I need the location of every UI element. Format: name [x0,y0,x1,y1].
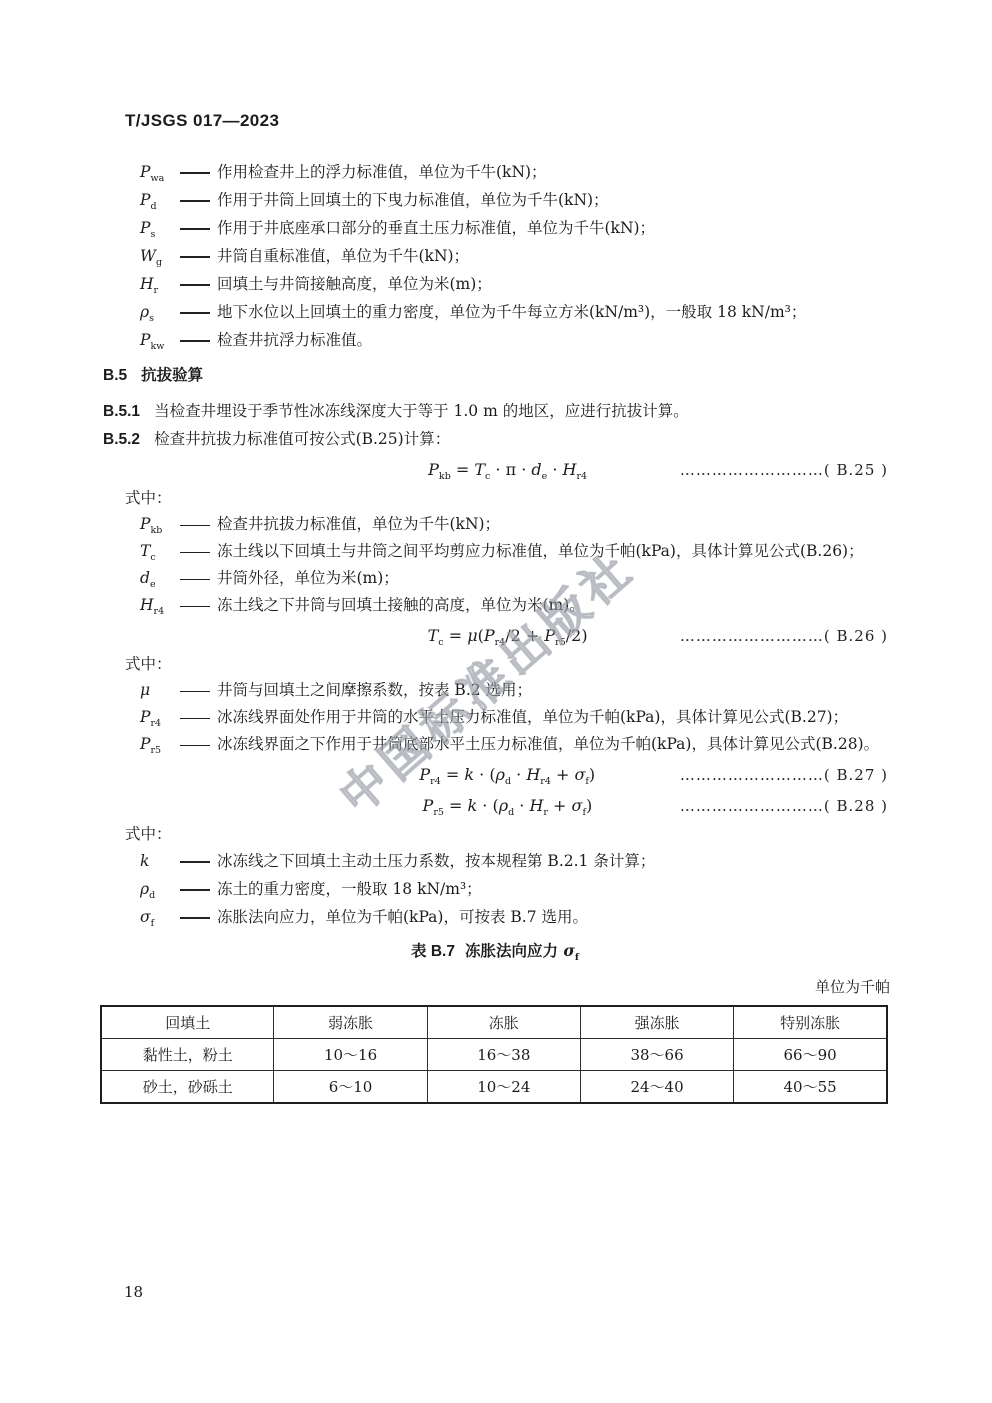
clause-b52: B.5.2检查井抗拔力标准值可按公式(B.25)计算： [103,426,890,454]
leader-dots: ……………………… [680,461,824,479]
definition-dash [180,889,210,891]
symbol-H-r: Hr [140,270,180,298]
definition-dash [180,312,210,314]
cell: 24～40 [580,1071,733,1104]
definition-dash [180,861,210,863]
definition-dash [180,340,210,342]
definition-list-b27-b28: k 冰冻线之下回填土主动土压力系数，按本规程第 B.2.1 条计算； ρd 冻土… [140,847,890,931]
definition-text: 回填土与井筒接触高度，单位为米(m)； [217,270,890,298]
formula-equation: Tc = μ(Pr4/2 + Pr5/2) [428,622,588,650]
formula-equation: Pkb = Tc · π · de · Hr4 [428,456,587,484]
definition-dash [180,284,210,286]
table-header-row: 回填土 弱冻胀 冻胀 强冻胀 特别冻胀 [101,1006,887,1039]
definition-dash [180,691,210,693]
symbol-sigma-f: σf [140,903,180,931]
cell: 黏性土，粉土 [101,1039,274,1071]
definition-text: 冰冻线之下回填土主动土压力系数，按本规程第 B.2.1 条计算； [217,847,890,875]
definition-text: 冰冻线界面之下作用于井筒底部水平土压力标准值，单位为千帕(kPa)，具体计算见公… [217,731,890,758]
table-title-symbol: σf [563,941,579,960]
definition-rho-s: ρs 地下水位以上回填土的重力密度，单位为千牛每立方米(kN/m³)，一般取 1… [140,298,890,326]
definition-text: 作用检查井上的浮力标准值，单位为千牛(kN)； [217,158,890,186]
col-header: 冻胀 [427,1006,580,1039]
table-b7: 回填土 弱冻胀 冻胀 强冻胀 特别冻胀 黏性土，粉土 10～16 16～38 3… [100,1005,888,1104]
symbol-P-kb: Pkb [140,511,180,538]
definition-text: 地下水位以上回填土的重力密度，单位为千牛每立方米(kN/m³)，一般取 18 k… [217,298,890,326]
definition-text: 检查井抗拔力标准值，单位为千牛(kN)； [217,511,890,538]
formula-b28: Pr5 = k · (ρd · Hr + σf) ………………………( B.28… [100,792,890,820]
where-label: 式中： [125,485,890,511]
definition-text: 井筒与回填土之间摩擦系数，按表 B.2 选用； [217,677,890,704]
formula-reference: ………………………( B.26 ) [680,622,888,650]
section-number: B.5 [103,367,127,384]
table-row: 黏性土，粉土 10～16 16～38 38～66 66～90 [101,1039,887,1071]
definition-dash [180,200,210,202]
table-number: 表 B.7 [411,943,455,960]
symbol-rho-d: ρd [140,875,180,903]
formula-b25: Pkb = Tc · π · de · Hr4 ………………………( B.25 … [100,456,890,484]
standard-number-header: T/JSGS 017—2023 [125,111,279,131]
definition-P-s: Ps 作用于井底座承口部分的垂直土压力标准值，单位为千牛(kN)； [140,214,890,242]
table-title: 冻胀法向应力 [465,941,558,960]
document-page: T/JSGS 017—2023 Pwa 作用检查井上的浮力标准值，单位为千牛(k… [0,0,992,1403]
section-heading-b5: B.5抗拔验算 [103,363,890,388]
definition-sigma-f: σf 冻胀法向应力，单位为千帕(kPa)，可按表 B.7 选用。 [140,903,890,931]
definition-P-kw: Pkw 检查井抗浮力标准值。 [140,326,890,354]
col-header: 回填土 [101,1006,274,1039]
cell: 38～66 [580,1039,733,1071]
cell: 16～38 [427,1039,580,1071]
definition-P-d: Pd 作用于井筒上回填土的下曳力标准值，单位为千牛(kN)； [140,186,890,214]
definition-P-r5: Pr5 冰冻线界面之下作用于井筒底部水平土压力标准值，单位为千帕(kPa)，具体… [140,731,890,758]
definition-list-b26: μ 井筒与回填土之间摩擦系数，按表 B.2 选用； Pr4 冰冻线界面处作用于井… [140,677,890,758]
clause-text: 检查井抗拔力标准值可按公式(B.25)计算： [154,430,450,448]
definition-text: 作用于井底座承口部分的垂直土压力标准值，单位为千牛(kN)； [217,214,890,242]
definition-text: 冻土线以下回填土与井筒之间平均剪应力标准值，单位为千帕(kPa)，具体计算见公式… [217,538,890,565]
definition-text: 冰冻线界面处作用于井筒的水平土压力标准值，单位为千帕(kPa)，具体计算见公式(… [217,704,890,731]
definition-d-e: de 井筒外径，单位为米(m)； [140,565,890,592]
formula-reference: ………………………( B.28 ) [680,792,888,820]
symbol-mu: μ [140,677,180,704]
leader-dots: ……………………… [680,627,824,645]
definition-rho-d: ρd 冻土的重力密度，一般取 18 kN/m³； [140,875,890,903]
clause-number: B.5.1 [103,403,140,420]
symbol-T-c: Tc [140,538,180,565]
definition-list-b25: Pkb 检查井抗拔力标准值，单位为千牛(kN)； Tc 冻土线以下回填土与井筒之… [140,511,890,619]
table-unit-note: 单位为千帕 [100,976,890,998]
symbol-d-e: de [140,565,180,592]
formula-equation: Pr4 = k · (ρd · Hr4 + σf) [419,761,595,789]
formula-number: ( B.27 ) [824,766,888,784]
where-label: 式中： [125,821,890,847]
clause-number: B.5.2 [103,431,140,448]
definition-dash [180,228,210,230]
table-row: 砂土，砂砾土 6～10 10～24 24～40 40～55 [101,1071,887,1104]
cell: 6～10 [274,1071,427,1104]
clause-b51: B.5.1当检查井埋设于季节性冰冻线深度大于等于 1.0 m 的地区，应进行抗拔… [103,398,890,426]
leader-dots: ……………………… [680,797,824,815]
symbol-P-r4: Pr4 [140,704,180,731]
table-b7-caption: 表 B.7冻胀法向应力 σf [100,939,890,964]
definition-text: 冻土的重力密度，一般取 18 kN/m³； [217,875,890,903]
cell: 10～24 [427,1071,580,1104]
definition-P-kb: Pkb 检查井抗拔力标准值，单位为千牛(kN)； [140,511,890,538]
formula-reference: ………………………( B.27 ) [680,761,888,789]
definition-dash [180,606,210,608]
symbol-P-r5: Pr5 [140,731,180,758]
definition-dash [180,718,210,720]
symbol-W-g: Wg [140,242,180,270]
symbol-P-wa: Pwa [140,158,180,186]
definition-H-r: Hr 回填土与井筒接触高度，单位为米(m)； [140,270,890,298]
definition-text: 冻胀法向应力，单位为千帕(kPa)，可按表 B.7 选用。 [217,903,890,931]
definition-dash [180,256,210,258]
definition-k: k 冰冻线之下回填土主动土压力系数，按本规程第 B.2.1 条计算； [140,847,890,875]
definition-dash [180,579,210,581]
leader-dots: ……………………… [680,766,824,784]
formula-b27: Pr4 = k · (ρd · Hr4 + σf) ………………………( B.2… [100,761,890,789]
symbol-P-s: Ps [140,214,180,242]
definition-W-g: Wg 井筒自重标准值，单位为千牛(kN)； [140,242,890,270]
formula-number: ( B.25 ) [824,461,888,479]
cell: 40～55 [734,1071,887,1104]
page-content: Pwa 作用检查井上的浮力标准值，单位为千牛(kN)； Pd 作用于井筒上回填土… [100,158,890,1104]
where-label: 式中： [125,651,890,677]
cell: 66～90 [734,1039,887,1071]
col-header: 弱冻胀 [274,1006,427,1039]
definition-P-wa: Pwa 作用检查井上的浮力标准值，单位为千牛(kN)； [140,158,890,186]
section-title: 抗拔验算 [141,365,203,384]
symbol-P-kw: Pkw [140,326,180,354]
formula-b26: Tc = μ(Pr4/2 + Pr5/2) ………………………( B.26 ) [100,622,890,650]
definition-text: 检查井抗浮力标准值。 [217,326,890,354]
definition-H-r4: Hr4 冻土线之下井筒与回填土接触的高度，单位为米(m)。 [140,592,890,619]
cell: 10～16 [274,1039,427,1071]
definition-text: 井筒外径，单位为米(m)； [217,565,890,592]
definition-list-top: Pwa 作用检查井上的浮力标准值，单位为千牛(kN)； Pd 作用于井筒上回填土… [140,158,890,354]
definition-T-c: Tc 冻土线以下回填土与井筒之间平均剪应力标准值，单位为千帕(kPa)，具体计算… [140,538,890,565]
definition-text: 作用于井筒上回填土的下曳力标准值，单位为千牛(kN)； [217,186,890,214]
definition-dash [180,917,210,919]
definition-dash [180,552,210,554]
formula-number: ( B.28 ) [824,797,888,815]
definition-text: 冻土线之下井筒与回填土接触的高度，单位为米(m)。 [217,592,890,619]
col-header: 特别冻胀 [734,1006,887,1039]
definition-dash [180,172,210,174]
formula-equation: Pr5 = k · (ρd · Hr + σf) [423,792,593,820]
cell: 砂土，砂砾土 [101,1071,274,1104]
page-number: 18 [124,1283,143,1301]
formula-reference: ………………………( B.25 ) [680,456,888,484]
symbol-rho-s: ρs [140,298,180,326]
formula-number: ( B.26 ) [824,627,888,645]
symbol-k: k [140,847,180,875]
clause-text: 当检查井埋设于季节性冰冻线深度大于等于 1.0 m 的地区，应进行抗拔计算。 [154,402,689,420]
definition-P-r4: Pr4 冰冻线界面处作用于井筒的水平土压力标准值，单位为千帕(kPa)，具体计算… [140,704,890,731]
definition-text: 井筒自重标准值，单位为千牛(kN)； [217,242,890,270]
definition-dash [180,745,210,747]
symbol-P-d: Pd [140,186,180,214]
definition-dash [180,525,210,527]
col-header: 强冻胀 [580,1006,733,1039]
definition-mu: μ 井筒与回填土之间摩擦系数，按表 B.2 选用； [140,677,890,704]
symbol-H-r4: Hr4 [140,592,180,619]
